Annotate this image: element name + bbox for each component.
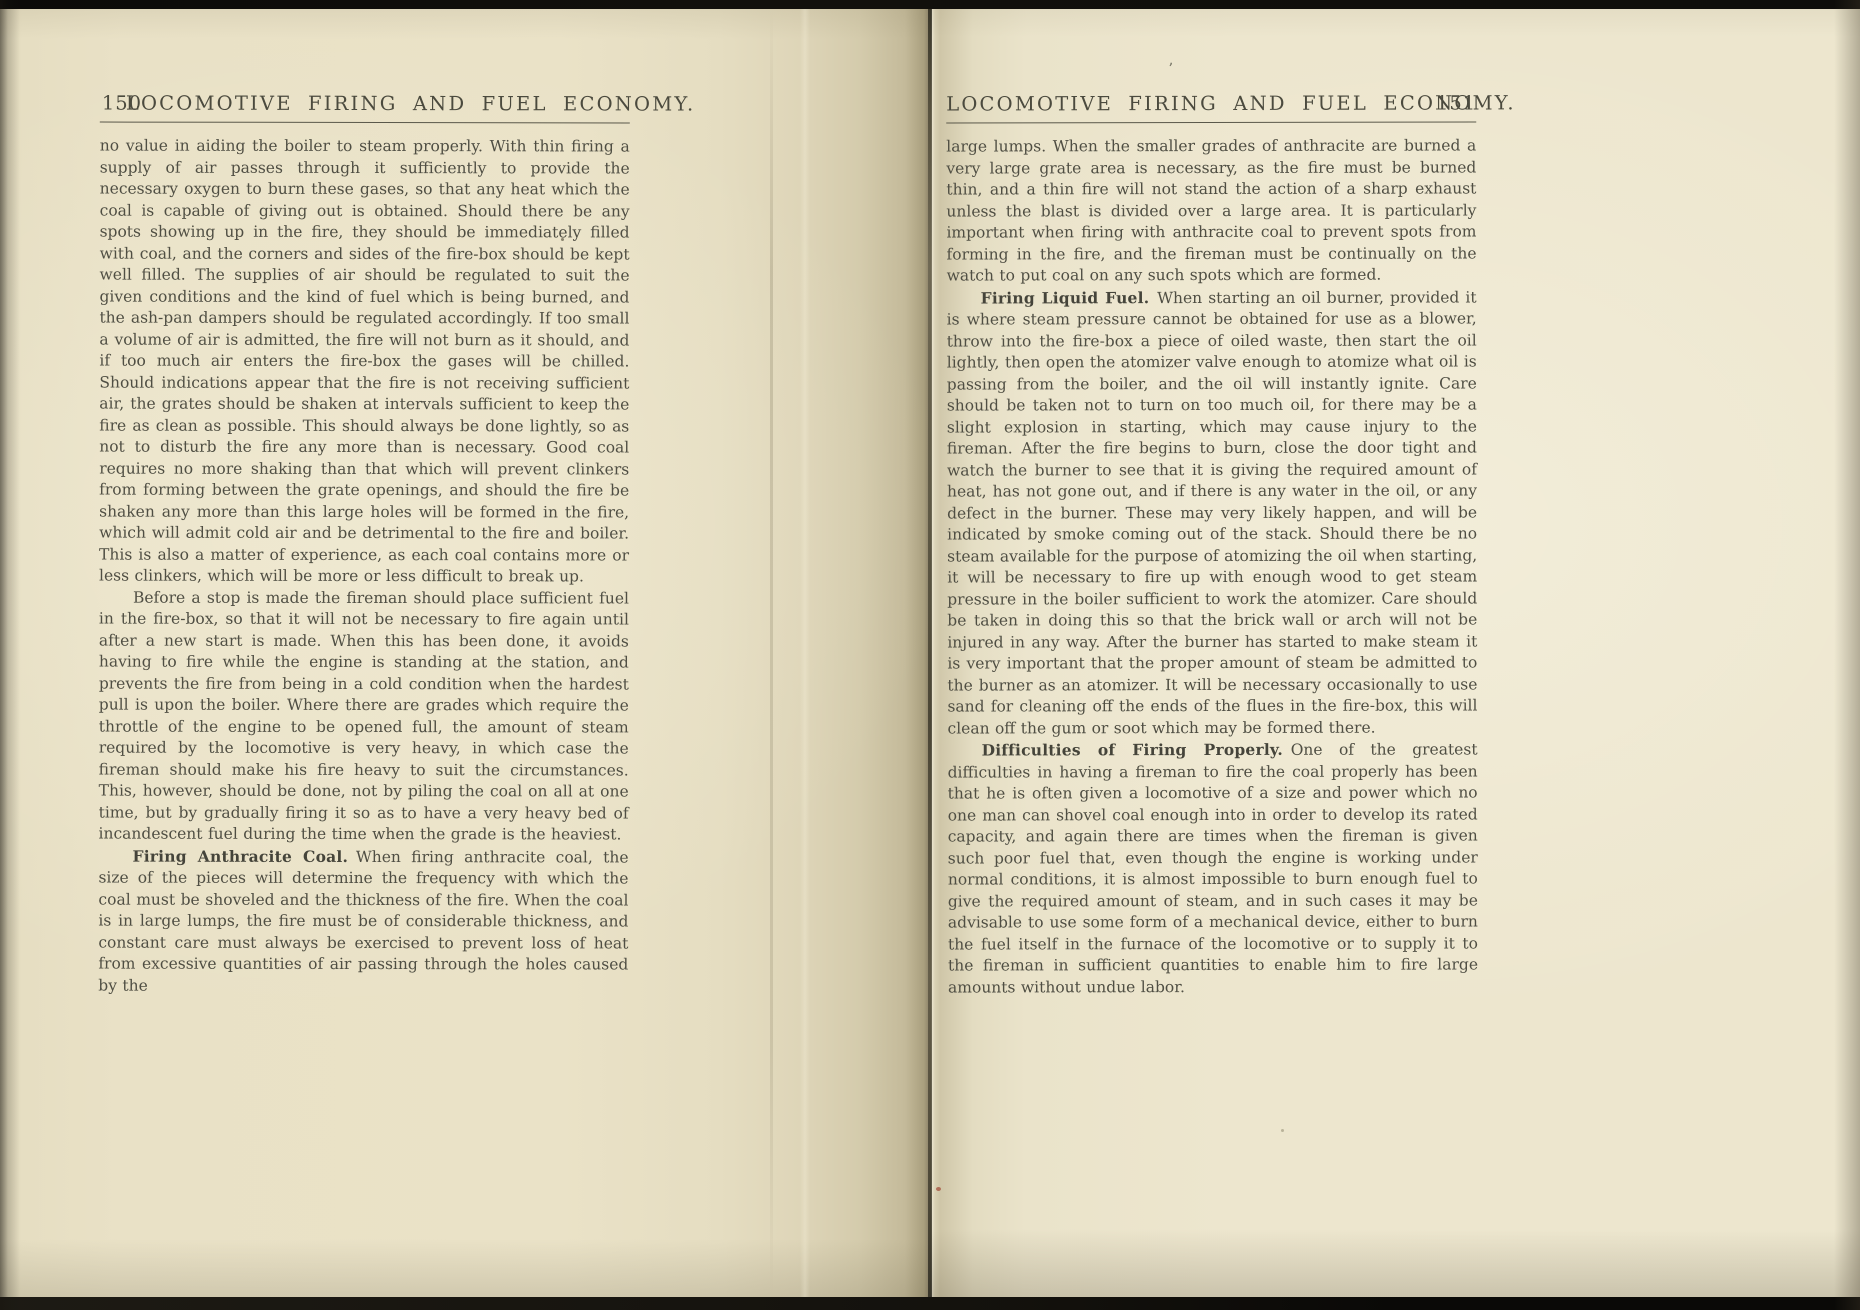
left-running-head: 150 LOCOMOTIVE FIRING AND FUEL ECONOMY. bbox=[100, 92, 630, 117]
left-page-number: 150 bbox=[102, 92, 142, 115]
right-page-body: large lumps. When the smaller grades of … bbox=[946, 135, 1478, 998]
right-header-rule bbox=[946, 121, 1476, 123]
paper-speck bbox=[1281, 1129, 1284, 1132]
right-page: ʼ LOCOMOTIVE FIRING AND FUEL ECONOMY. 15… bbox=[931, 9, 1860, 1297]
paragraph: large lumps. When the smaller grades of … bbox=[946, 135, 1476, 287]
photo-edge-left bbox=[0, 0, 20, 1310]
right-page-number: 151 bbox=[1436, 91, 1476, 114]
paragraph: no value in aiding the boiler to steam p… bbox=[99, 136, 630, 588]
left-running-title: LOCOMOTIVE FIRING AND FUEL ECONOMY. bbox=[100, 92, 630, 116]
gutter-stitch-line bbox=[928, 9, 932, 1297]
photo-edge-right bbox=[1834, 0, 1860, 1310]
paper-speck bbox=[936, 1187, 941, 1191]
paragraph: Difficulties of Firing Properly. One of … bbox=[948, 738, 1479, 998]
paragraph: Before a stop is made the fireman should… bbox=[99, 587, 629, 846]
paragraph-lead-heading: Difficulties of Firing Properly. bbox=[982, 740, 1283, 760]
left-page: 150 LOCOMOTIVE FIRING AND FUEL ECONOMY. … bbox=[0, 9, 931, 1297]
stray-ink-mark: ʼ bbox=[1168, 61, 1172, 77]
left-page-body: no value in aiding the boiler to steam p… bbox=[98, 136, 630, 998]
paragraph-lead-heading: Firing Liquid Fuel. bbox=[981, 288, 1150, 307]
gutter-crease bbox=[770, 9, 773, 1297]
paragraph: Firing Liquid Fuel. When starting an oil… bbox=[947, 286, 1478, 740]
book-spread: 150 LOCOMOTIVE FIRING AND FUEL ECONOMY. … bbox=[0, 0, 1860, 1310]
photo-edge-top bbox=[0, 0, 1860, 9]
left-header-rule bbox=[100, 122, 630, 124]
photo-edge-bottom bbox=[0, 1297, 1860, 1310]
paragraph: Firing Anthracite Coal. When firing anth… bbox=[98, 845, 628, 997]
right-running-head: LOCOMOTIVE FIRING AND FUEL ECONOMY. 151 bbox=[946, 91, 1476, 116]
right-running-title: LOCOMOTIVE FIRING AND FUEL ECONOMY. bbox=[946, 91, 1476, 115]
paragraph-lead-heading: Firing Anthracite Coal. bbox=[133, 846, 349, 865]
gutter-crease-highlight bbox=[800, 9, 810, 1297]
